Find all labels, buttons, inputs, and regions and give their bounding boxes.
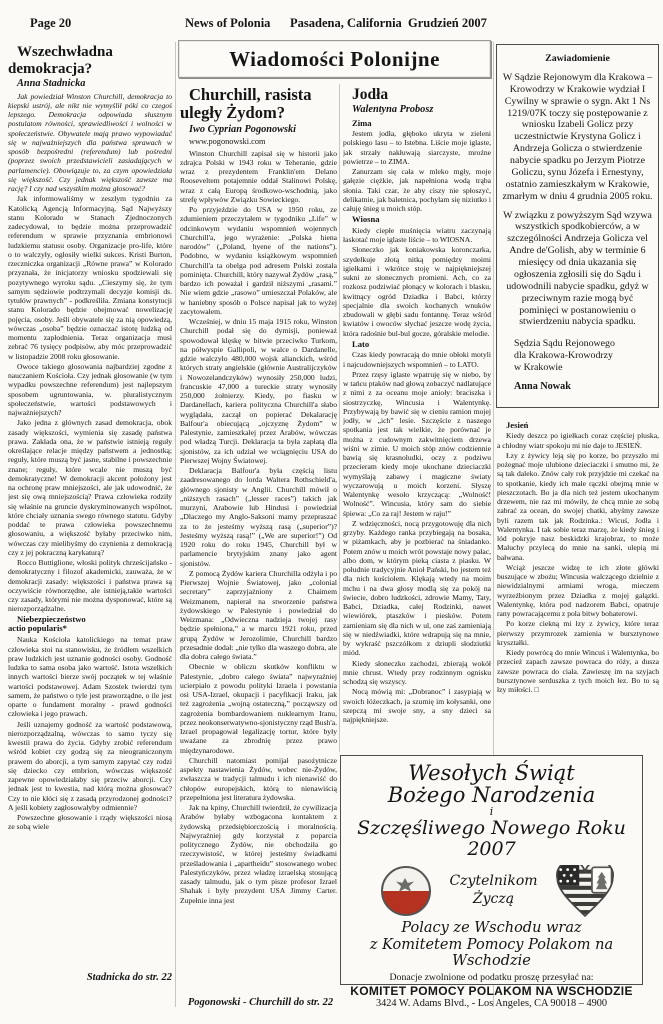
section-banner: Wiadomości Polonijne xyxy=(178,40,491,78)
article-jodla: Jodła Walentyna Probosz Zima Jestem jodł… xyxy=(343,86,491,748)
article-churchill-website: www.pogonowski.com xyxy=(180,137,337,147)
court-notice-title: Zawiadomienie xyxy=(502,53,653,65)
paragraph: Deklaracja Balfour'a była częścią listu … xyxy=(180,466,337,568)
section-zima-heading: Zima xyxy=(343,118,491,128)
holiday-greeting-box: Wesołych Świąt Bożego Narodzenia i Szczę… xyxy=(340,755,643,985)
court-notice-body-2: W związku z powyższym Sąd wzywa wszystki… xyxy=(502,210,653,329)
column-rule xyxy=(339,84,340,752)
greeting-wish-line-1: Czytelnikom xyxy=(449,873,537,889)
article-churchill-body: Winston Churchill zapisał się w historii… xyxy=(180,149,337,905)
article-jodla-author: Walentyna Probosz xyxy=(343,104,491,117)
court-notice-signature: Sędzia Sądu Rejonowego dla Krakowa-Krowo… xyxy=(502,338,653,374)
greeting-wish: Czytelnikom Życzą xyxy=(449,873,537,908)
court-notice-box: Zawiadomienie W Sądzie Rejonowym dla Kra… xyxy=(496,44,659,408)
section-jesien-heading: Jesień xyxy=(497,420,659,430)
article-democracy-subhead: Niebezpieczeństwo actio popularis* xyxy=(8,615,172,635)
section-jesien: Jesień Kiedy deszcz po igiełkach coraz c… xyxy=(497,420,659,750)
paragraph: Nauka Kościoła katolickiego na temat pra… xyxy=(8,635,172,718)
paragraph: Jestem jodła, głęboko ukryta w zieleni p… xyxy=(343,129,491,166)
section-wiosna-body: Kiedy ciepłe muśnięcia wiatru zaczynają … xyxy=(343,226,491,338)
article-churchill-title: Churchill, rasista uległy Żydom? xyxy=(180,86,337,123)
paragraph: Kiedy ciepłe muśnięcia wiatru zaczynają … xyxy=(343,226,491,245)
paper-city: Pasadena, California xyxy=(290,16,402,31)
section-banner-title: Wiadomości Polonijne xyxy=(229,47,440,72)
paragraph: Kiedy słoneczko zachodzi, zbierają wokół… xyxy=(343,659,491,687)
paragraph: Jeśli uznajemy godność za wartość podsta… xyxy=(8,720,172,813)
greeting-from-1: Polacy ze Wschodu wraz xyxy=(341,920,642,937)
article-democracy-title: Wszechwładna demokracja? xyxy=(8,44,172,77)
paragraph: Słoneczko jak koniakowska koronczarka, s… xyxy=(343,245,491,338)
court-notice-signer: Anna Nowak xyxy=(502,381,653,393)
paragraph: Po korze ciekną mi łzy z żywicy, które t… xyxy=(497,619,659,647)
paragraph: Jako jedna z głównych zasad demokracja, … xyxy=(8,418,172,557)
paragraph: Jak na kpiny, Churchill twierdził, że cy… xyxy=(180,803,337,905)
paper-name: News of Polonia xyxy=(185,16,270,31)
paragraph: Owoce takiego głosowania najbardziej zgo… xyxy=(8,362,172,418)
paragraph: Obecnie w obliczu skutków konfliktu w Pa… xyxy=(180,662,337,755)
issue-date: Grudzień 2007 xyxy=(408,16,487,31)
paragraph: Kiedy powrócą do mnie Wincuś i Walentynk… xyxy=(497,648,659,694)
greeting-line-2: Bożego Narodzenia xyxy=(341,784,642,806)
paragraph: Z wdzięczności, nocą przygotowuję dla ni… xyxy=(343,519,491,658)
paragraph: Czas kiedy powracają do mnie obłoki moty… xyxy=(343,350,491,369)
article-democracy: Wszechwładna demokracja? Anna Stadnicka … xyxy=(8,44,172,969)
jump-line-pogonowski: Pogonowski - Churchill do str. 22 xyxy=(168,997,353,1008)
paragraph: Wciąż jeszcze widzę te ich złote główki … xyxy=(497,563,659,619)
greeting-emblem-row: Czytelnikom Życzą xyxy=(341,862,642,920)
article-democracy-body-1: Jak informowaliśmy w zeszłym tygodniu za… xyxy=(8,194,172,613)
paragraph: Po przyjeździe do USA w 1950 roku, ze zd… xyxy=(180,205,337,316)
paragraph: Wcześniej, w dniu 15 maja 1915 roku, Win… xyxy=(180,317,337,465)
page-number: Page 20 xyxy=(30,16,71,31)
article-churchill: Churchill, rasista uległy Żydom? Iwo Cyp… xyxy=(180,86,337,971)
paragraph: Zanurzam się cała w mleko mgły, moje gał… xyxy=(343,167,491,213)
article-churchill-author: Iwo Cyprian Pogonowski xyxy=(180,124,337,137)
article-democracy-author: Anna Stadnicka xyxy=(8,78,172,91)
committee-address: 3424 W. Adams Blvd., - Los Angeles, CA 9… xyxy=(341,998,642,1011)
greeting-line-1: Wesołych Świąt xyxy=(341,762,642,784)
paragraph: Łzy z żywicy leją się po korze, bo przys… xyxy=(497,451,659,562)
column-rule xyxy=(175,42,176,1007)
paragraph: Churchill natomiast pomijał pasożytnicze… xyxy=(180,756,337,802)
article-democracy-lead: Jak powiedział Winston Churchill, demokr… xyxy=(8,92,172,194)
article-jodla-title: Jodła xyxy=(343,86,491,103)
paragraph: Kiedy deszcz po igiełkach coraz częściej… xyxy=(497,431,659,450)
paragraph: Jak informowaliśmy w zeszłym tygodniu za… xyxy=(8,194,172,361)
greeting-from-2: z Komitetem Pomocy Polakom na Wschodzie xyxy=(341,937,642,970)
section-lato-body: Czas kiedy powracają do mnie obłoki moty… xyxy=(343,350,491,724)
jump-line-stadnicka: Stadnicka do str. 22 xyxy=(8,972,172,983)
polish-eagle-emblem-icon xyxy=(381,866,431,916)
paragraph: Powszechne głosowanie i rządy większości… xyxy=(8,813,172,832)
paragraph: Rocco Buttiglione, włoski polityk chrześ… xyxy=(8,558,172,614)
section-jesien-body: Kiedy deszcz po igiełkach coraz częściej… xyxy=(497,431,659,694)
greeting-wish-line-2: Życzą xyxy=(473,891,514,907)
section-lato-heading: Lato xyxy=(343,339,491,349)
section-zima-body: Jestem jodła, głęboko ukryta w zieleni p… xyxy=(343,129,491,213)
heart-flags-icon xyxy=(556,865,614,917)
section-wiosna-heading: Wiosna xyxy=(343,214,491,224)
committee-name: KOMITET POMOCY POLAKOM NA WSCHODZIE xyxy=(341,984,642,998)
newspaper-page: Page 20 News of Polonia Pasadena, Califo… xyxy=(0,0,663,1024)
article-democracy-body-2: Nauka Kościoła katolickiego na temat pra… xyxy=(8,635,172,831)
paragraph: Nocą mówią mi: „Dobranoc” i zasypiają w … xyxy=(343,687,491,724)
paragraph: Przez rzęsy iglaste wpatruję się w niebo… xyxy=(343,370,491,518)
court-notice-body-1: W Sądzie Rejonowym dla Krakowa – Krowodr… xyxy=(502,72,653,203)
paragraph: Winston Churchill zapisał się w historii… xyxy=(180,149,337,205)
paragraph: Z pomocą Żydów kariera Churchilla odżyła… xyxy=(180,569,337,662)
greeting-line-3: Szczęśliwego Nowego Roku 2007 xyxy=(341,818,642,860)
donation-instruction: Donacje zwolnione od podatku proszę prze… xyxy=(341,972,642,984)
